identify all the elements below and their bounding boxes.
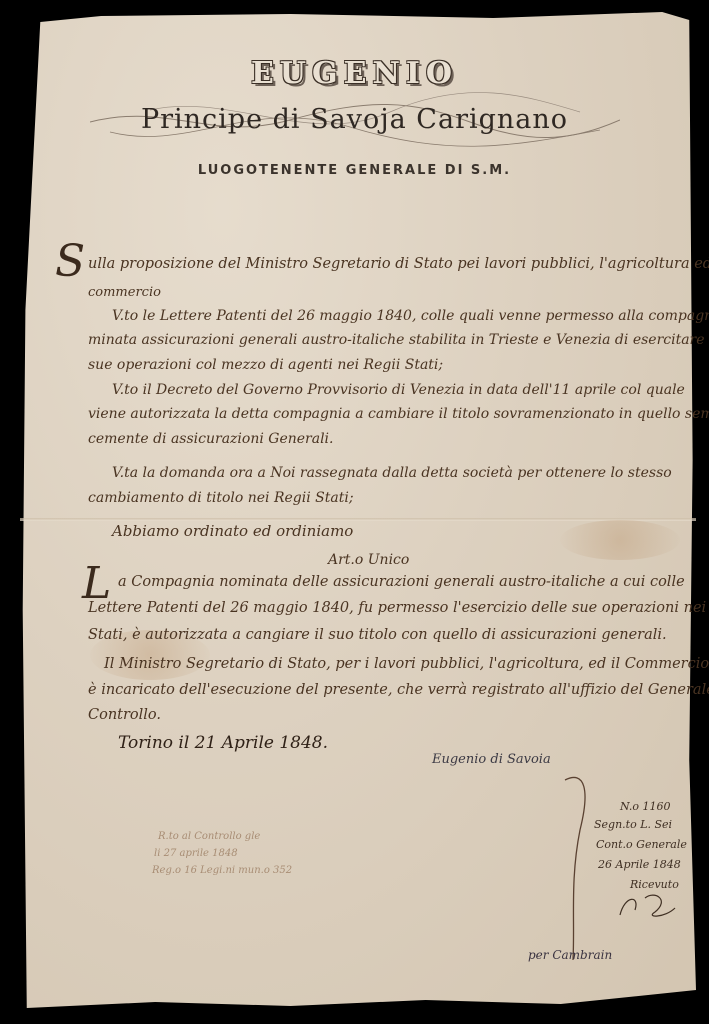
paper-fold-line bbox=[20, 518, 696, 521]
registration-date: 26 Aprile 1848 bbox=[598, 858, 681, 871]
letterhead-name: EUGENIO bbox=[0, 56, 709, 91]
place-and-date: Torino il 21 Aprile 1848. bbox=[118, 733, 328, 753]
faint-note-line: Reg.o 16 Legi.ni mun.o 352 bbox=[152, 865, 292, 876]
visto-paragraph-line: cemente di assicurazioni Generali. bbox=[88, 431, 334, 447]
registration-office: Cont.o Generale bbox=[596, 838, 687, 851]
visto-paragraph-line: V.to le Lettere Patenti del 26 maggio 18… bbox=[112, 308, 709, 324]
ordered-clause: Abbiamo ordinato ed ordiniamo bbox=[112, 522, 353, 540]
minister-clause-line: Il Ministro Segretario di Stato, per i l… bbox=[104, 656, 709, 672]
article-line: Lettere Patenti del 26 maggio 1840, fu p… bbox=[88, 600, 709, 616]
visto-paragraph-line: viene autorizzata la detta compagnia a c… bbox=[88, 406, 709, 422]
visto-paragraph-line: V.to il Decreto del Governo Provvisorio … bbox=[112, 382, 685, 398]
minister-clause-line: Controllo. bbox=[88, 707, 161, 723]
registration-number: N.o 1160 bbox=[620, 800, 671, 813]
article-heading: Art.o Unico bbox=[328, 552, 409, 568]
faint-note-line: li 27 aprile 1848 bbox=[154, 848, 238, 859]
signature: Eugenio di Savoia bbox=[432, 752, 551, 767]
article-line: Stati, è autorizzata a cangiare il suo t… bbox=[88, 627, 667, 643]
registration-fee: Segn.to L. Sei bbox=[594, 818, 672, 831]
initials-mark-icon bbox=[615, 890, 685, 920]
letterhead-office: LUOGOTENENTE GENERALE DI S.M. bbox=[0, 163, 709, 178]
letterhead-title: Principe di Savoja Carignano bbox=[0, 104, 709, 135]
decorative-initial: S bbox=[55, 236, 85, 287]
minister-clause-line: è incaricato dell'esecuzione del present… bbox=[88, 682, 709, 698]
article-line: a Compagnia nominata delle assicurazioni… bbox=[118, 574, 685, 590]
visto-paragraph-line: sue operazioni col mezzo di agenti nei R… bbox=[88, 357, 443, 373]
visto-paragraph-line: V.ta la domanda ora a Noi rassegnata dal… bbox=[112, 465, 672, 481]
faint-note-line: R.to al Controllo gle bbox=[158, 831, 260, 842]
visto-paragraph-line: minata assicurazioni generali austro-ita… bbox=[88, 332, 709, 348]
countersignature: per Cambrain bbox=[528, 948, 612, 962]
water-stain bbox=[560, 520, 680, 560]
signature-flourish-icon bbox=[555, 770, 595, 970]
preamble-line: ulla proposizione del Ministro Segretari… bbox=[88, 256, 709, 272]
preamble-line: commercio bbox=[88, 285, 161, 300]
visto-paragraph-line: cambiamento di titolo nei Regii Stati; bbox=[88, 490, 354, 506]
